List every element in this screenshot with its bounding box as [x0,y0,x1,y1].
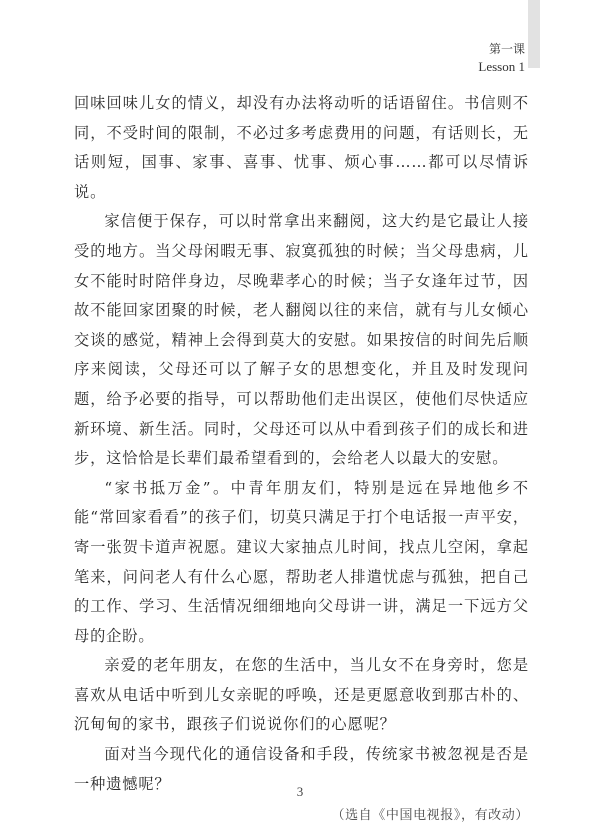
lesson-title-cn: 第一课 [478,40,525,58]
paragraph: 家信便于保存，可以时常拿出来翻阅，这大约是它最让人接受的地方。当父母闲暇无事、寂… [74,207,529,473]
paragraph: “家书抵万金”。中青年朋友们，特别是远在异地他乡不能“常回家看看”的孩子们，切莫… [74,474,529,652]
page-edge-tab [528,0,540,68]
paragraph: 亲爱的老年朋友，在您的生活中，当儿女不在身旁时，您是喜欢从电话中听到儿女亲昵的呼… [74,651,529,740]
article-body: 回味回味儿女的情义，却没有办法将动听的话语留住。书信则不同，不受时间的限制，不必… [74,89,529,831]
lesson-header: 第一课 Lesson 1 [478,40,525,76]
lesson-title-en: Lesson 1 [478,58,525,76]
paragraph: 回味回味儿女的情义，却没有办法将动听的话语留住。书信则不同，不受时间的限制，不必… [74,89,529,207]
source-citation: （选自《中国电视报》，有改动） [74,801,529,831]
page-number: 3 [0,784,600,800]
